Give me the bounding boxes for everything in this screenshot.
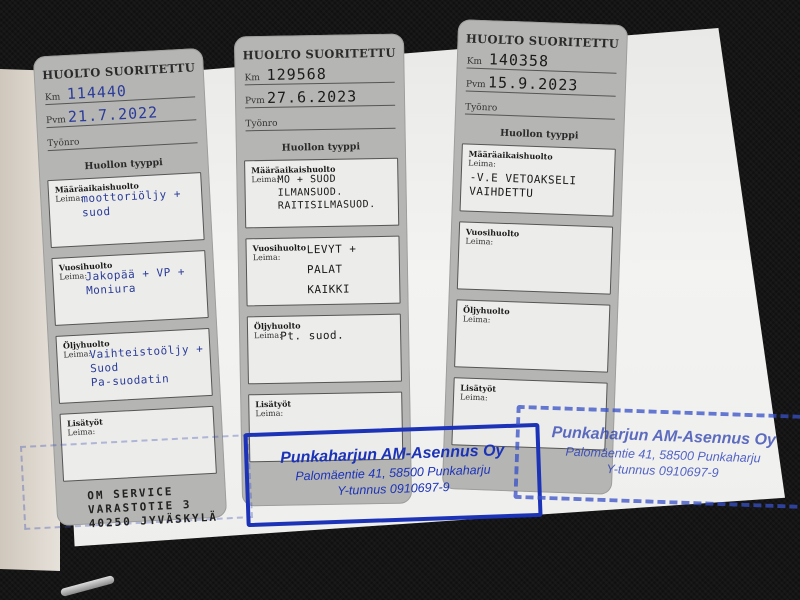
handwritten-note: MO + SUOD ILMANSUOD. RAITISILMASUOD. [277, 172, 394, 213]
workorder-label: Työnro [465, 102, 497, 113]
date-label: Pvm [466, 79, 486, 90]
km-label: Km [467, 57, 483, 68]
date-field: Pvm 15.9.2023 [466, 70, 617, 96]
section-annual: Vuosihuolto Leima: [457, 221, 613, 294]
workorder-label: Työnro [245, 119, 277, 130]
km-value: 129568 [266, 65, 326, 84]
section-scheduled: Määräaikaishuolto Leima: -V.E VETOAKSELI… [460, 143, 616, 216]
om-service-stamp: OM SERVICE VARASTOTIE 3 40250 JYVÄSKYLÄ [87, 483, 218, 532]
km-value: 114440 [66, 82, 127, 103]
handwritten-note: Pt. suod. [280, 328, 396, 344]
km-field: Km 140358 [467, 48, 618, 74]
km-label: Km [45, 92, 61, 103]
date-value: 27.6.2023 [267, 87, 358, 107]
am-asennus-stamp: Punkaharjun AM-Asennus Oy Palomäentie 41… [243, 423, 542, 527]
service-type-title: Huollon tyyppi [236, 141, 406, 155]
date-label: Pvm [245, 96, 265, 106]
workorder-field: Työnro [245, 108, 395, 132]
section-oil: Öljyhuolto Leima: Pt. suod. [247, 314, 402, 385]
date-value: 21.7.2022 [68, 103, 159, 126]
handwritten-note: LEVYT + PALAT KAIKKI [306, 239, 395, 301]
date-field: Pvm 27.6.2023 [245, 85, 395, 109]
service-type-title: Huollon tyyppi [454, 126, 624, 143]
handwritten-note: -V.E VETOAKSELI VAIHDETTU [469, 171, 610, 204]
handwritten-note: Jakopää + VP + Moniura [85, 264, 202, 298]
section-scheduled: Määräaikaishuolto Leima: MO + SUOD ILMAN… [244, 158, 399, 229]
section-oil: Öljyhuolto Leima: [454, 299, 610, 372]
handwritten-note: Vaihteistoöljy + Suod Pa-suodatin [89, 342, 207, 390]
stamp-label: Leima: [255, 407, 395, 418]
section-annual: Vuosihuolto Leima: LEVYT + PALAT KAIKKI [245, 236, 400, 307]
date-value: 15.9.2023 [488, 73, 579, 94]
section-annual: Vuosihuolto Leima: Jakopää + VP + Moniur… [51, 250, 208, 326]
km-field: Km 129568 [244, 62, 394, 86]
handwritten-note: moottoriöljy + suod [81, 186, 198, 220]
workorder-field: Työnro [465, 93, 616, 119]
km-label: Km [245, 73, 260, 83]
am-asennus-stamp-2: Punkaharjun AM-Asennus Oy Palomäentie 41… [513, 405, 800, 509]
km-value: 140358 [489, 50, 550, 70]
section-scheduled: Määräaikaishuolto Leima: moottoriöljy + … [47, 172, 204, 248]
service-type-title: Huollon tyyppi [38, 155, 208, 175]
section-oil: Öljyhuolto Leima: Vaihteistoöljy + Suod … [55, 328, 212, 404]
workorder-label: Työnro [47, 137, 80, 149]
card-title: HUOLTO SUORITETTU [234, 46, 404, 63]
date-label: Pvm [46, 115, 66, 126]
